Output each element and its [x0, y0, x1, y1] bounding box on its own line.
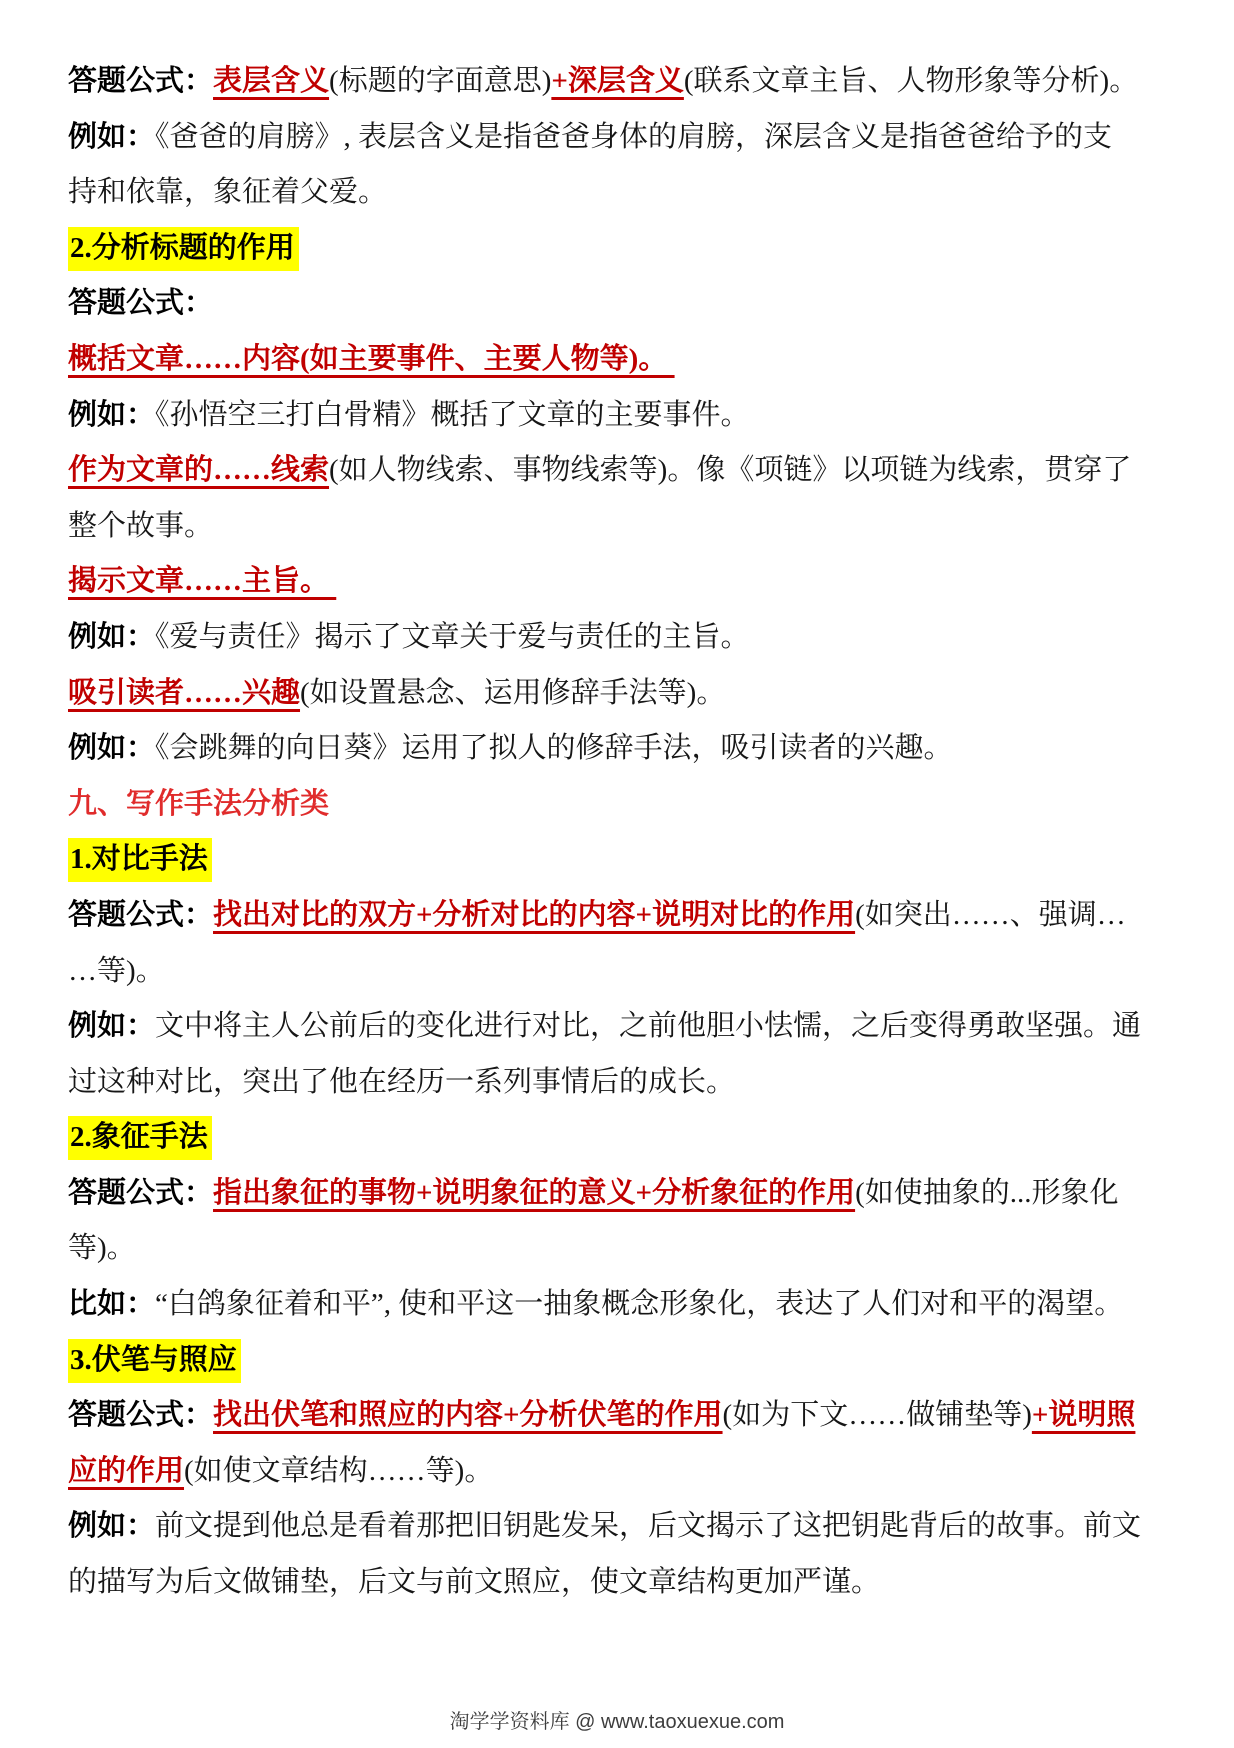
- formula-label: 比如：: [68, 1288, 155, 1320]
- body-text: 过这种对比，突出了他在经历一系列事情后的成长。: [68, 1066, 735, 1098]
- document-body: 答题公式：表层含义(标题的字面意思)+深层含义(联系文章主旨、人物形象等分析)。…: [68, 54, 1178, 1611]
- formula-key-text: 揭示文章……主旨。: [68, 565, 336, 597]
- formula-key-text: 指出象征的事物+说明象征的意义+分析象征的作用: [213, 1177, 855, 1209]
- body-text: 文中将主人公前后的变化进行对比，之前他胆小怯懦，之后变得勇敢坚强。通: [155, 1010, 1141, 1042]
- formula-label: 答题公式：: [68, 65, 213, 97]
- text-line: 例如：文中将主人公前后的变化进行对比，之前他胆小怯懦，之后变得勇敢坚强。通: [68, 999, 1178, 1055]
- text-line: 九、写作手法分析类: [68, 777, 1178, 833]
- formula-key-text: 作为文章的……线索: [68, 454, 329, 486]
- formula-label: 答题公式：: [68, 1177, 213, 1209]
- text-line: 的描写为后文做铺垫，后文与前文照应，使文章结构更加严谨。: [68, 1555, 1178, 1611]
- highlighted-heading: 2.象征手法: [68, 1116, 212, 1160]
- body-text: (如为下文……做铺垫等): [723, 1399, 1032, 1431]
- body-text: 《会跳舞的向日葵》运用了拟人的修辞手法，吸引读者的兴趣。: [155, 732, 953, 764]
- formula-label: 例如：: [68, 121, 155, 153]
- highlighted-heading: 1.对比手法: [68, 838, 212, 882]
- formula-label: 答题公式：: [68, 899, 213, 931]
- document-page: 答题公式：表层含义(标题的字面意思)+深层含义(联系文章主旨、人物形象等分析)。…: [0, 0, 1234, 1748]
- formula-label: 答题公式：: [68, 287, 213, 319]
- formula-label: 例如：: [68, 1510, 155, 1542]
- footer-watermark: 淘学学资料库 @ www.taoxuexue.com: [0, 1705, 1234, 1734]
- formula-label: 例如：: [68, 732, 155, 764]
- text-line: 2.分析标题的作用: [68, 221, 1178, 277]
- body-text: (如突出……、强调…: [855, 899, 1126, 931]
- text-line: 2.象征手法: [68, 1110, 1178, 1166]
- body-text: 等)。: [68, 1232, 136, 1264]
- section-heading: 九、写作手法分析类: [68, 788, 329, 820]
- text-line: 答题公式：找出对比的双方+分析对比的内容+说明对比的作用(如突出……、强调…: [68, 888, 1178, 944]
- formula-label: 答题公式：: [68, 1399, 213, 1431]
- formula-key-text: 吸引读者……兴趣: [68, 677, 300, 709]
- text-line: …等)。: [68, 944, 1178, 1000]
- text-line: 答题公式：: [68, 276, 1178, 332]
- formula-label: 例如：: [68, 1010, 155, 1042]
- body-text: (如设置悬念、运用修辞手法等)。: [300, 677, 725, 709]
- text-line: 例如：《会跳舞的向日葵》运用了拟人的修辞手法，吸引读者的兴趣。: [68, 721, 1178, 777]
- body-text: (如使抽象的...形象化: [855, 1177, 1118, 1209]
- highlighted-heading: 3.伏笔与照应: [68, 1339, 241, 1383]
- text-line: 例如：《爸爸的肩膀》, 表层含义是指爸爸身体的肩膀，深层含义是指爸爸给予的支: [68, 110, 1178, 166]
- body-text: 《爸爸的肩膀》, 表层含义是指爸爸身体的肩膀，深层含义是指爸爸给予的支: [155, 121, 1112, 153]
- text-line: 等)。: [68, 1221, 1178, 1277]
- formula-label: 例如：: [68, 621, 155, 653]
- text-line: 答题公式：表层含义(标题的字面意思)+深层含义(联系文章主旨、人物形象等分析)。: [68, 54, 1178, 110]
- formula-key-text: +深层含义: [551, 65, 684, 97]
- text-line: 概括文章……内容(如主要事件、主要人物等)。: [68, 332, 1178, 388]
- body-text: 持和依靠，象征着父爱。: [68, 176, 387, 208]
- body-text: (联系文章主旨、人物形象等分析)。: [684, 65, 1138, 97]
- text-line: 答题公式：找出伏笔和照应的内容+分析伏笔的作用(如为下文……做铺垫等)+说明照: [68, 1388, 1178, 1444]
- text-line: 持和依靠，象征着父爱。: [68, 165, 1178, 221]
- body-text: (标题的字面意思): [329, 65, 551, 97]
- text-line: 比如：“白鸽象征着和平”, 使和平这一抽象概念形象化，表达了人们对和平的渴望。: [68, 1277, 1178, 1333]
- highlighted-heading: 2.分析标题的作用: [68, 227, 299, 271]
- formula-label: 例如：: [68, 399, 155, 431]
- text-line: 吸引读者……兴趣(如设置悬念、运用修辞手法等)。: [68, 666, 1178, 722]
- text-line: 3.伏笔与照应: [68, 1333, 1178, 1389]
- text-line: 应的作用(如使文章结构……等)。: [68, 1444, 1178, 1500]
- formula-key-text: 表层含义: [213, 65, 329, 97]
- formula-key-text: 找出对比的双方+分析对比的内容+说明对比的作用: [213, 899, 855, 931]
- body-text: 前文提到他总是看着那把旧钥匙发呆，后文揭示了这把钥匙背后的故事。前文: [155, 1510, 1141, 1542]
- text-line: 揭示文章……主旨。: [68, 554, 1178, 610]
- text-line: 答题公式：指出象征的事物+说明象征的意义+分析象征的作用(如使抽象的...形象化: [68, 1166, 1178, 1222]
- text-line: 例如：前文提到他总是看着那把旧钥匙发呆，后文揭示了这把钥匙背后的故事。前文: [68, 1499, 1178, 1555]
- body-text: (如人物线索、事物线索等)。像《项链》以项链为线索，贯穿了: [329, 454, 1131, 486]
- text-line: 例如：《孙悟空三打白骨精》概括了文章的主要事件。: [68, 388, 1178, 444]
- body-text: “白鸽象征着和平”, 使和平这一抽象概念形象化，表达了人们对和平的渴望。: [155, 1288, 1123, 1320]
- text-line: 1.对比手法: [68, 832, 1178, 888]
- formula-key-text: 概括文章……内容(如主要事件、主要人物等)。: [68, 343, 675, 375]
- text-line: 例如：《爱与责任》揭示了文章关于爱与责任的主旨。: [68, 610, 1178, 666]
- formula-key-text: +说明照: [1032, 1399, 1136, 1431]
- text-line: 整个故事。: [68, 499, 1178, 555]
- formula-key-text: 找出伏笔和照应的内容+分析伏笔的作用: [213, 1399, 723, 1431]
- text-line: 作为文章的……线索(如人物线索、事物线索等)。像《项链》以项链为线索，贯穿了: [68, 443, 1178, 499]
- body-text: 整个故事。: [68, 510, 213, 542]
- body-text: …等)。: [68, 955, 165, 987]
- body-text: (如使文章结构……等)。: [184, 1455, 493, 1487]
- text-line: 过这种对比，突出了他在经历一系列事情后的成长。: [68, 1055, 1178, 1111]
- body-text: 的描写为后文做铺垫，后文与前文照应，使文章结构更加严谨。: [68, 1566, 880, 1598]
- body-text: 《爱与责任》揭示了文章关于爱与责任的主旨。: [155, 621, 750, 653]
- formula-key-text: 应的作用: [68, 1455, 184, 1487]
- body-text: 《孙悟空三打白骨精》概括了文章的主要事件。: [155, 399, 750, 431]
